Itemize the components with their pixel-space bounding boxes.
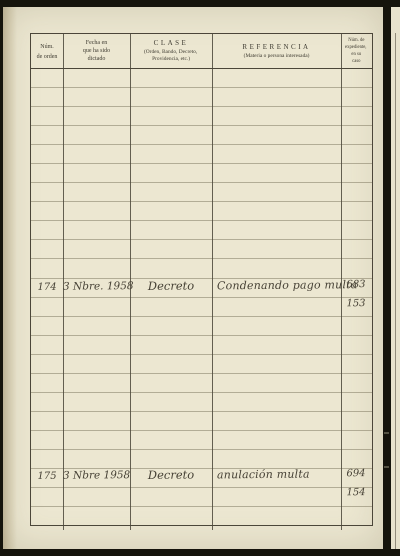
handwritten-expediente: 153 bbox=[341, 294, 371, 313]
registry-table: Núm. de orden Fecha en que ha sido dicta… bbox=[30, 33, 373, 526]
handwritten-referencia bbox=[212, 483, 341, 503]
header-title: REFERENCIA bbox=[242, 42, 310, 53]
table-row bbox=[31, 431, 372, 450]
header-subtext: (Orden, Bando, Decreto, bbox=[144, 49, 197, 56]
table-header-row: Núm. de orden Fecha en que ha sido dicta… bbox=[31, 34, 372, 69]
table-row bbox=[31, 107, 372, 126]
handwritten-entry: 153 bbox=[31, 294, 371, 316]
adjacent-page-table-line bbox=[395, 33, 396, 549]
binding-stitch bbox=[384, 466, 389, 468]
table-row bbox=[31, 221, 372, 240]
handwritten-clase bbox=[130, 296, 212, 316]
handwritten-fecha: 3 Nbre. 1958 bbox=[63, 277, 130, 297]
handwritten-clase: Decreto bbox=[130, 466, 212, 486]
table-row bbox=[31, 336, 372, 355]
table-row bbox=[31, 145, 372, 164]
header-text: Núm. de bbox=[348, 38, 364, 43]
binding-stitch bbox=[384, 432, 389, 434]
header-clase: CLASE (Orden, Bando, Decreto, Providenci… bbox=[130, 34, 212, 68]
header-text: en su bbox=[351, 52, 361, 57]
table-row bbox=[31, 183, 372, 202]
scanned-ledger-scan: Núm. de orden Fecha en que ha sido dicta… bbox=[0, 0, 400, 556]
header-text: Núm. bbox=[40, 41, 54, 54]
table-row bbox=[31, 355, 372, 374]
handwritten-num: 175 bbox=[31, 467, 63, 486]
handwritten-entry: 154 bbox=[31, 483, 371, 505]
header-subtext: Providencia, etc.) bbox=[152, 57, 190, 64]
table-row bbox=[31, 88, 372, 107]
handwritten-fecha bbox=[63, 485, 130, 505]
table-row bbox=[31, 69, 372, 88]
handwritten-referencia: Condenando pago multa bbox=[212, 275, 341, 295]
table-row bbox=[31, 393, 372, 412]
header-text: caso bbox=[352, 59, 360, 64]
header-text: expediente, bbox=[345, 45, 366, 50]
table-row bbox=[31, 374, 372, 393]
handwritten-fecha: 3 Nbre 1958 bbox=[63, 466, 130, 486]
header-referencia: REFERENCIA (Materia o persona interesada… bbox=[212, 34, 341, 68]
handwritten-expediente: 154 bbox=[341, 483, 371, 502]
handwritten-referencia bbox=[212, 294, 341, 314]
handwritten-clase: Decreto bbox=[130, 277, 212, 297]
table-row bbox=[31, 507, 372, 525]
handwritten-num: 174 bbox=[31, 278, 63, 297]
adjacent-page-edge bbox=[391, 7, 400, 549]
handwritten-referencia: anulación multa bbox=[212, 464, 341, 484]
header-fecha: Fecha en que ha sido dictado bbox=[63, 34, 130, 68]
ledger-page-paper: Núm. de orden Fecha en que ha sido dicta… bbox=[3, 7, 383, 549]
header-text: que ha sido bbox=[83, 47, 110, 55]
header-num-expediente: Núm. de expediente, en su caso bbox=[341, 34, 371, 68]
handwritten-fecha bbox=[63, 296, 130, 316]
table-row bbox=[31, 317, 372, 336]
handwritten-num bbox=[31, 486, 63, 505]
table-row bbox=[31, 412, 372, 431]
header-text: de orden bbox=[37, 53, 58, 61]
handwritten-clase bbox=[130, 485, 212, 505]
header-title: CLASE bbox=[154, 38, 189, 49]
handwritten-expediente: 694 bbox=[341, 464, 371, 483]
table-row bbox=[31, 126, 372, 145]
handwritten-num bbox=[31, 297, 63, 316]
handwritten-expediente: 683 bbox=[341, 275, 371, 294]
table-row bbox=[31, 202, 372, 221]
header-subtext: (Materia o persona interesada) bbox=[244, 53, 310, 60]
header-num-orden: Núm. de orden bbox=[31, 34, 63, 68]
table-row bbox=[31, 164, 372, 183]
header-text: Fecha en bbox=[86, 39, 108, 47]
header-text: dictado bbox=[88, 55, 106, 63]
table-row bbox=[31, 240, 372, 259]
